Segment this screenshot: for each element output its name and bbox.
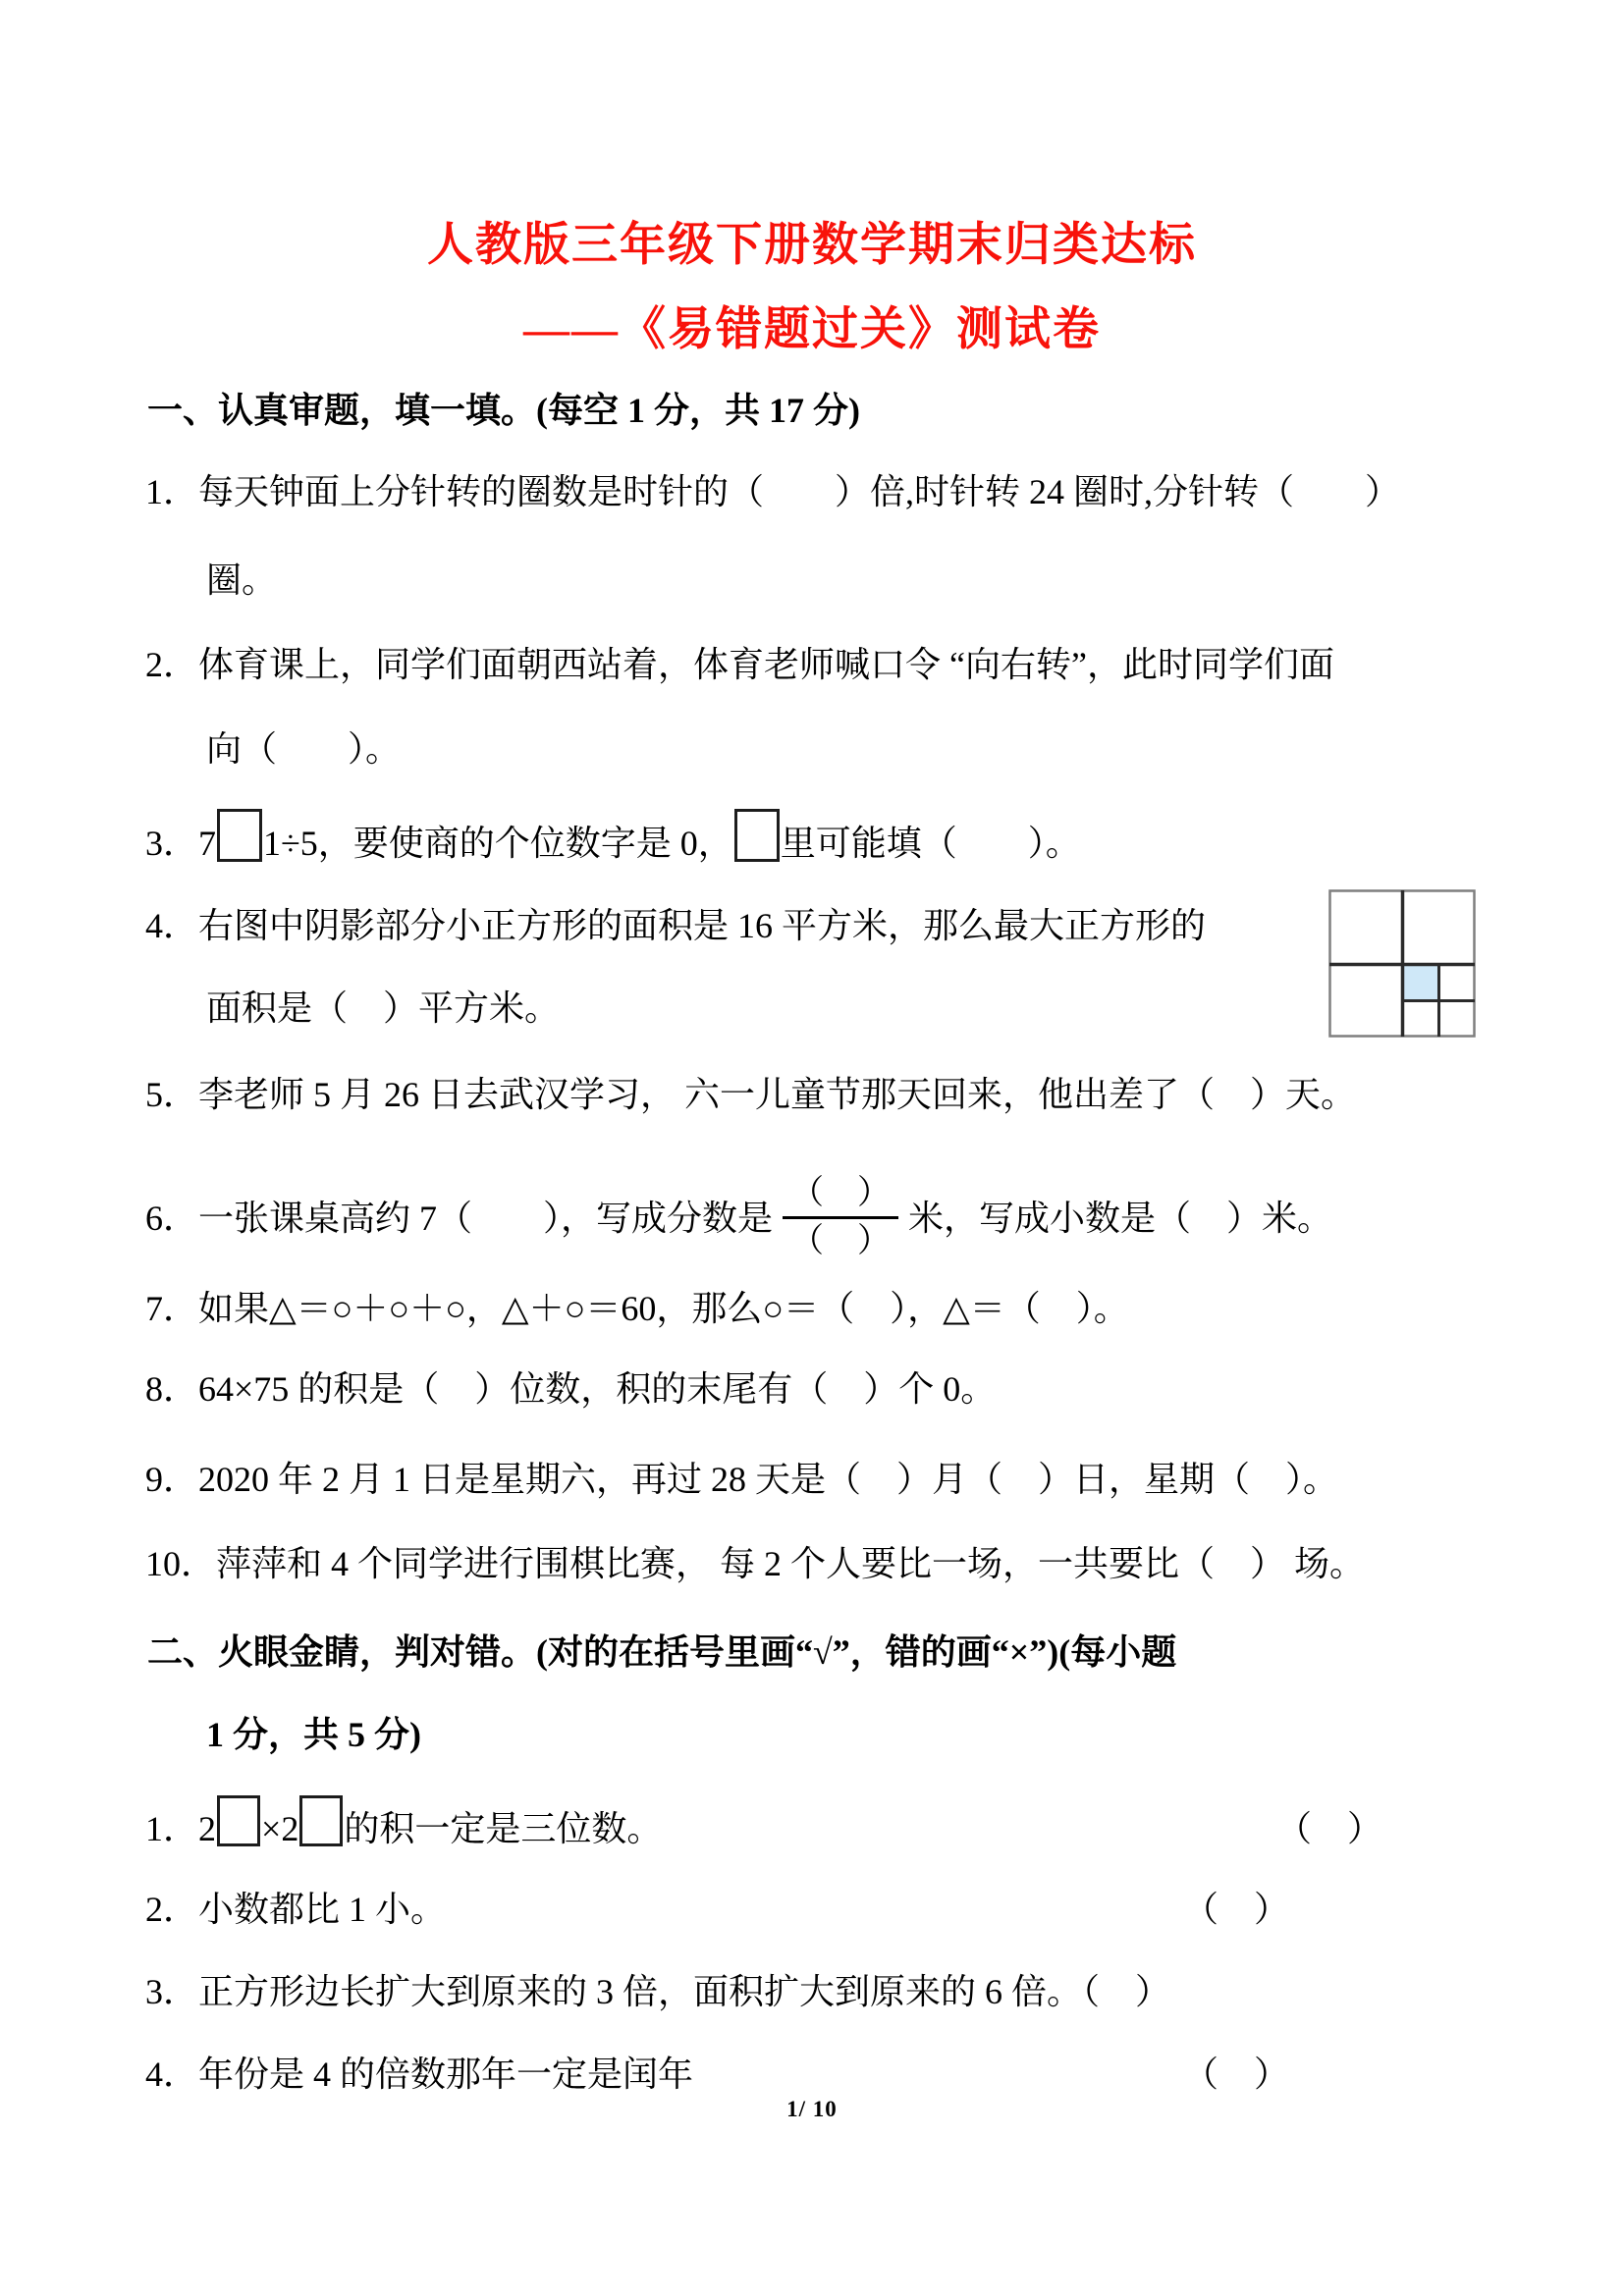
question-7: 7．如果△＝○＋○＋○，△＋○＝60，那么○＝（ ），△＝（ ）。 <box>145 1284 1129 1333</box>
blank-box <box>299 1795 343 1846</box>
section-two-heading-line-2: 1 分，共 5 分) <box>206 1710 421 1759</box>
question-4-line-2: 面积是（ ）平方米。 <box>206 984 560 1033</box>
q4-figure-svg <box>1328 889 1476 1038</box>
judge-1-answer-parens: （ ） <box>1276 1804 1382 1853</box>
question-8: 8．64×75 的积是（ ）位数，积的末尾有（ ）个 0。 <box>145 1364 996 1414</box>
fraction-blank: （ ）（ ） <box>783 1174 898 1261</box>
blank-box <box>217 1795 260 1846</box>
judge-1-text-part-1: 1．2 <box>145 1809 216 1848</box>
test-paper-page: 人教版三年级下册数学期末归类达标 ——《易错题过关》测试卷 一、认真审题，填一填… <box>0 0 1624 2296</box>
judge-2-answer-parens: （ ） <box>1183 1885 1289 1934</box>
question-9: 9．2020 年 2 月 1 日是星期六，再过 28 天是（ ）月（ ）日，星期… <box>145 1455 1338 1504</box>
judge-3: 3．正方形边长扩大到原来的 3 倍，面积扩大到原来的 6 倍。（ ） <box>145 1967 1170 2016</box>
question-3-text-part-3: 里可能填（ ）。 <box>781 824 1081 863</box>
question-5: 5．李老师 5 月 26 日去武汉学习， 六一儿童节那天回来，他出差了（ ）天。 <box>145 1070 1356 1119</box>
fraction-numerator: （ ） <box>783 1174 898 1219</box>
judge-4-text: 4．年份是 4 的倍数那年一定是闰年 <box>145 2055 693 2094</box>
question-6: 6．一张课桌高约 7（ ），写成分数是（ ）（ ）米，写成小数是（ ）米。 <box>145 1178 1332 1265</box>
document-title-line-2: ——《易错题过关》测试卷 <box>0 293 1624 358</box>
question-6-text-pre: 6．一张课桌高约 7（ ），写成分数是 <box>145 1199 773 1238</box>
question-1-line-2: 圈。 <box>206 556 277 605</box>
section-two-heading-line-1: 二、火眼金睛，判对错。(对的在括号里画“√”，错的画“×”)(每小题 <box>147 1628 1176 1677</box>
fraction-denominator: （ ） <box>783 1219 898 1261</box>
page-number: 1/ 10 <box>0 2097 1624 2122</box>
question-3-text-part-2: 1÷5，要使商的个位数字是 0， <box>263 824 733 863</box>
question-10: 10．萍萍和 4 个同学进行围棋比赛， 每 2 个人要比一场，一共要比（ ） 场… <box>145 1539 1365 1588</box>
question-2-line-1: 2．体育课上，同学们面朝西站着，体育老师喊口令 “向右转”，此时同学们面 <box>145 640 1334 689</box>
question-1-line-1: 1．每天钟面上分针转的圈数是时针的（ ）倍,时针转 24 圈时,分针转（ ） <box>145 467 1400 516</box>
judge-1-text-part-3: 的积一定是三位数。 <box>344 1809 662 1848</box>
question-4-line-1: 4．右图中阴影部分小正方形的面积是 16 平方米，那么最大正方形的 <box>145 901 1206 950</box>
judge-4: 4．年份是 4 的倍数那年一定是闰年 （ ） <box>145 2050 693 2099</box>
question-6-text-post: 米，写成小数是（ ）米。 <box>908 1199 1332 1238</box>
judge-2: 2．小数都比 1 小。 （ ） <box>145 1885 446 1934</box>
section-one-heading: 一、认真审题，填一填。(每空 1 分，共 17 分) <box>147 386 860 435</box>
blank-box <box>734 809 780 862</box>
q4-nested-squares-figure <box>1328 889 1476 1042</box>
shaded-small-square <box>1403 965 1439 1001</box>
judge-1: 1．2×2的积一定是三位数。 （ ） <box>145 1804 662 1858</box>
judge-4-answer-parens: （ ） <box>1183 2050 1289 2099</box>
judge-1-text-part-2: ×2 <box>261 1809 298 1848</box>
question-3: 3．71÷5，要使商的个位数字是 0，里可能填（ ）。 <box>145 819 1081 874</box>
blank-box <box>217 809 262 862</box>
document-title-line-1: 人教版三年级下册数学期末归类达标 <box>0 208 1624 274</box>
question-3-text-part-1: 3．7 <box>145 824 216 863</box>
question-2-line-2: 向（ ）。 <box>206 724 401 774</box>
judge-2-text: 2．小数都比 1 小。 <box>145 1890 446 1929</box>
